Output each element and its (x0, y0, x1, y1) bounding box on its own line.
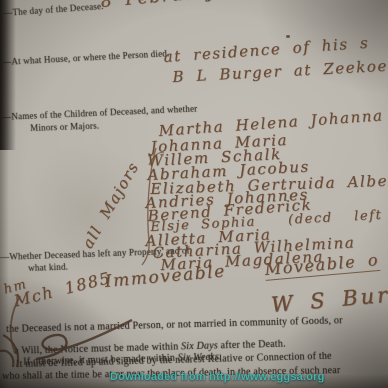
property-value-immovable: Immoveable (104, 261, 227, 292)
field-children-label-line1: —Names of the Children of Deceased, and … (2, 103, 198, 122)
field-day-label: —The day of the Decease. (3, 1, 104, 18)
page-edge-shadow (0, 0, 16, 150)
date-annotation: Mch 1885 (12, 268, 113, 310)
margin-note-all-majors: all Majors (78, 158, 142, 251)
ink-speck (286, 35, 290, 38)
field-house-label: —At what House, or where the Person died… (2, 48, 170, 67)
footer-line2-post: after the Death. (218, 339, 286, 352)
death-notice-page: —The day of the Decease. 8 February 1885… (0, 0, 388, 388)
field-property-label-line2: what kind. (28, 262, 68, 273)
field-day-value: 8 February 1885 (100, 0, 279, 12)
signature: W S Burger (270, 279, 388, 317)
watermark: Downloaded from http://www.eggsa.org (110, 371, 325, 383)
field-children-label-line2: Minors or Majors. (30, 121, 99, 133)
